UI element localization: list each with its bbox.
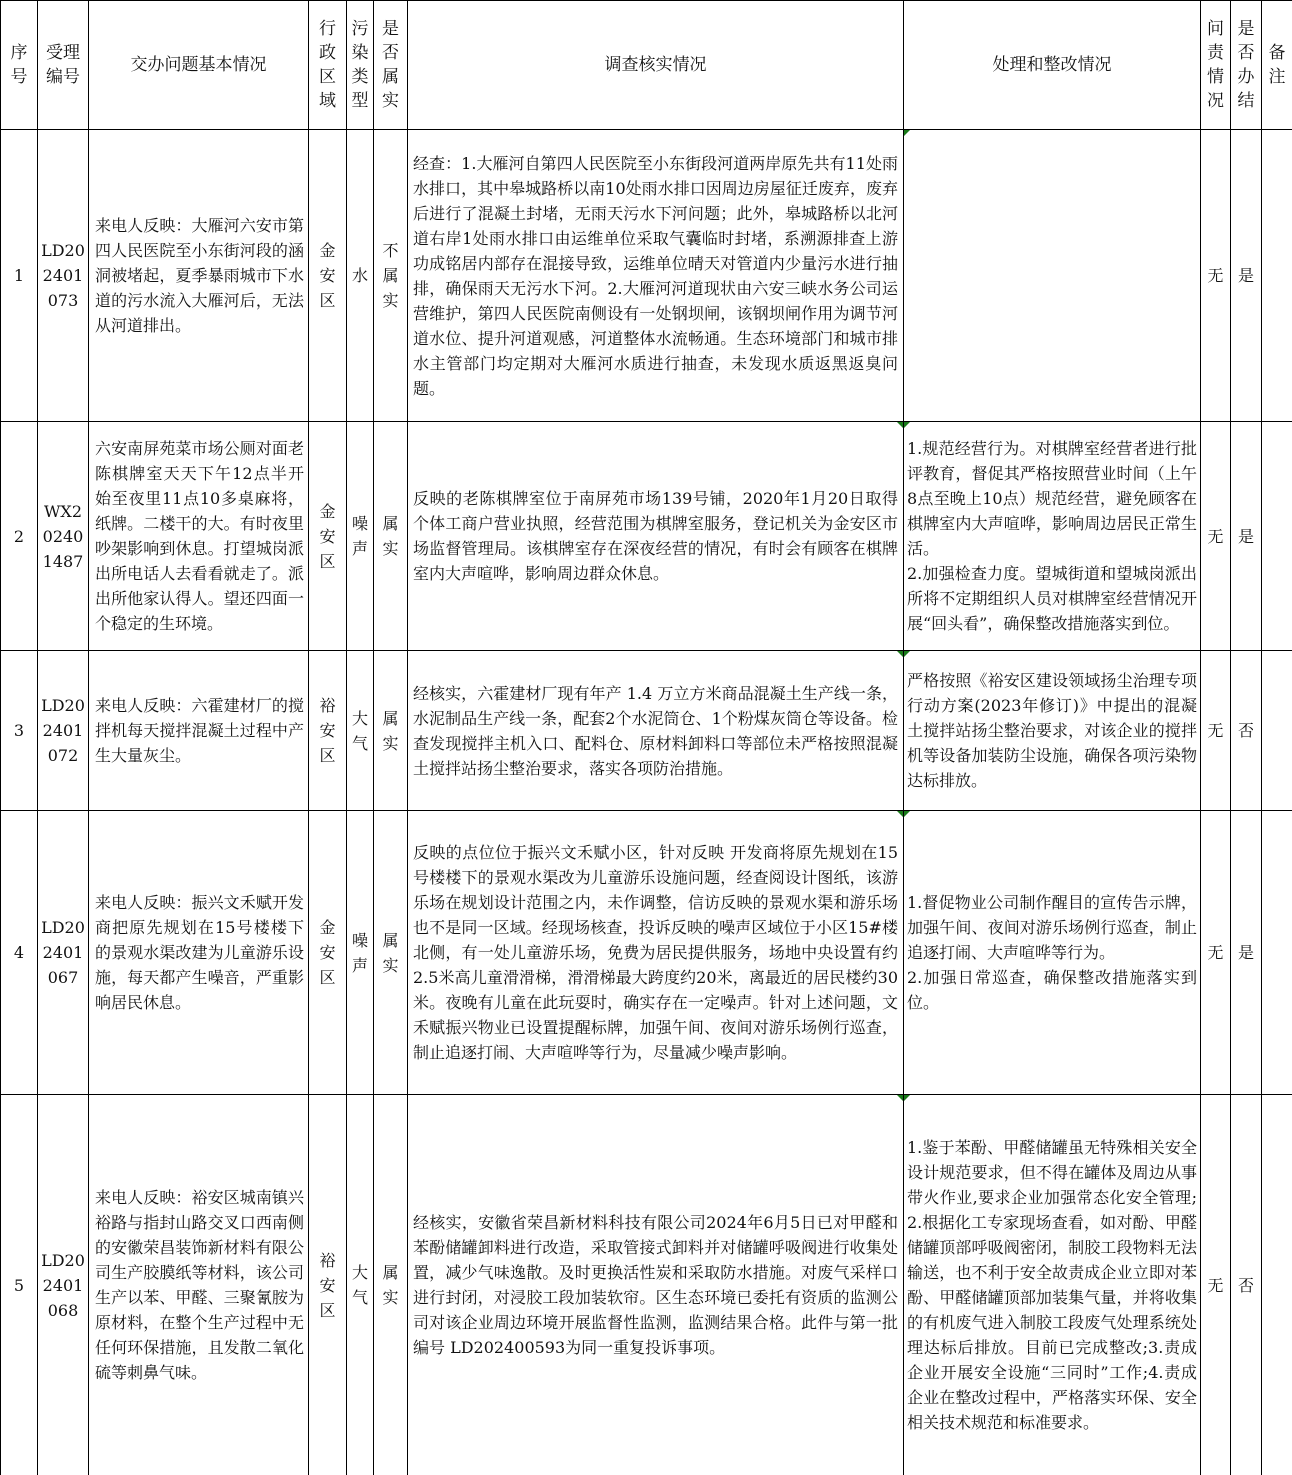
cell-acceptance-no: LD202401073 xyxy=(38,130,89,422)
cell-issue: 来电人反映：六霍建材厂的搅拌机每天搅拌混凝土过程中产生大量灰尘。 xyxy=(89,651,309,811)
cell-accountability: 无 xyxy=(1201,1095,1231,1475)
cell-is-closed: 是 xyxy=(1231,811,1262,1095)
cell-district: 裕安区 xyxy=(309,651,347,811)
cell-investigation: 经查：1.大雁河自第四人民医院至小东街段河道两岸原先共有11处雨水排口，其中皋城… xyxy=(408,130,904,422)
cell-issue: 来电人反映：大雁河六安市第四人民医院至小东街河段的涵洞被堵起，夏季暴雨城市下水道… xyxy=(89,130,309,422)
cell-handling: 1.鉴于苯酚、甲醛储罐虽无特殊相关安全设计规范要求，但不得在罐体及周边从事带火作… xyxy=(904,1095,1201,1475)
header-issue: 交办问题基本情况 xyxy=(89,1,309,130)
cell-is-closed: 否 xyxy=(1231,651,1262,811)
cell-is-true: 属实 xyxy=(374,651,408,811)
table-row: 2 WX202401487 六安南屏苑菜市场公厕对面老陈棋牌室天天下午12点半开… xyxy=(1,422,1292,651)
cell-issue: 六安南屏苑菜市场公厕对面老陈棋牌室天天下午12点半开始至夜里11点10多桌麻将，… xyxy=(89,422,309,651)
cell-remarks xyxy=(1262,1095,1292,1475)
table-row: 1 LD202401073 来电人反映：大雁河六安市第四人民医院至小东街河段的涵… xyxy=(1,130,1292,422)
table-row: 3 LD202401072 来电人反映：六霍建材厂的搅拌机每天搅拌混凝土过程中产… xyxy=(1,651,1292,811)
cell-seq: 5 xyxy=(1,1095,38,1475)
cell-is-closed: 是 xyxy=(1231,130,1262,422)
table-row: 5 LD202401068 来电人反映：裕安区城南镇兴裕路与指封山路交叉口西南侧… xyxy=(1,1095,1292,1475)
header-is-closed: 是否办结 xyxy=(1231,1,1262,130)
cell-district: 金安区 xyxy=(309,130,347,422)
cell-accountability: 无 xyxy=(1201,811,1231,1095)
cell-acceptance-no: LD202401067 xyxy=(38,811,89,1095)
header-pollution-type: 污染类型 xyxy=(347,1,374,130)
cell-is-true: 不属实 xyxy=(374,130,408,422)
cell-remarks xyxy=(1262,422,1292,651)
cell-accountability: 无 xyxy=(1201,130,1231,422)
cell-pollution-type: 水 xyxy=(347,130,374,422)
cell-remarks xyxy=(1262,811,1292,1095)
cell-seq: 3 xyxy=(1,651,38,811)
header-accountability: 问责情况 xyxy=(1201,1,1231,130)
cell-accountability: 无 xyxy=(1201,422,1231,651)
cell-pollution-type: 噪声 xyxy=(347,811,374,1095)
header-is-true: 是否属实 xyxy=(374,1,408,130)
header-acceptance-no: 受理编号 xyxy=(38,1,89,130)
cell-is-true: 属实 xyxy=(374,1095,408,1475)
cell-seq: 1 xyxy=(1,130,38,422)
cell-pollution-type: 大气 xyxy=(347,651,374,811)
cell-investigation: 经核实，安徽省荣昌新材料科技有限公司2024年6月5日已对甲醛和苯酚储罐卸料进行… xyxy=(408,1095,904,1475)
cell-handling: 1.督促物业公司制作醒目的宣传告示牌，加强午间、夜间对游乐场例行巡查，制止追逐打… xyxy=(904,811,1201,1095)
cell-remarks xyxy=(1262,130,1292,422)
header-remarks: 备注 xyxy=(1262,1,1292,130)
cell-investigation: 反映的老陈棋牌室位于南屏苑市场139号铺，2020年1月20日取得个体工商户营业… xyxy=(408,422,904,651)
complaint-handling-table: 序号 受理编号 交办问题基本情况 行政区域 污染类型 是否属实 调查核实情况 处… xyxy=(0,0,1292,1475)
cell-acceptance-no: WX202401487 xyxy=(38,422,89,651)
cell-issue: 来电人反映：振兴文禾赋开发商把原先规划在15号楼楼下的景观水渠改建为儿童游乐设施… xyxy=(89,811,309,1095)
cell-remarks xyxy=(1262,651,1292,811)
header-row: 序号 受理编号 交办问题基本情况 行政区域 污染类型 是否属实 调查核实情况 处… xyxy=(1,1,1292,130)
cell-handling: 1.规范经营行为。对棋牌室经营者进行批评教育，督促其严格按照营业时间（上午8点至… xyxy=(904,422,1201,651)
header-investigation: 调查核实情况 xyxy=(408,1,904,130)
cell-is-true: 属实 xyxy=(374,422,408,651)
cell-investigation: 经核实，六霍建材厂现有年产 1.4 万立方米商品混凝土生产线一条，水泥制品生产线… xyxy=(408,651,904,811)
cell-is-closed: 是 xyxy=(1231,422,1262,651)
cell-acceptance-no: LD202401068 xyxy=(38,1095,89,1475)
table-row: 4 LD202401067 来电人反映：振兴文禾赋开发商把原先规划在15号楼楼下… xyxy=(1,811,1292,1095)
cell-investigation: 反映的点位位于振兴文禾赋小区，针对反映 开发商将原先规划在15号楼楼下的景观水渠… xyxy=(408,811,904,1095)
cell-pollution-type: 噪声 xyxy=(347,422,374,651)
cell-district: 金安区 xyxy=(309,811,347,1095)
header-handling: 处理和整改情况 xyxy=(904,1,1201,130)
header-district: 行政区域 xyxy=(309,1,347,130)
cell-acceptance-no: LD202401072 xyxy=(38,651,89,811)
cell-issue: 来电人反映：裕安区城南镇兴裕路与指封山路交叉口西南侧的安徽荣昌装饰新材料有限公司… xyxy=(89,1095,309,1475)
cell-district: 裕安区 xyxy=(309,1095,347,1475)
cell-district: 金安区 xyxy=(309,422,347,651)
cell-is-true: 属实 xyxy=(374,811,408,1095)
cell-seq: 4 xyxy=(1,811,38,1095)
cell-is-closed: 否 xyxy=(1231,1095,1262,1475)
cell-handling: 严格按照《裕安区建设领域扬尘治理专项行动方案(2023年修订)》中提出的混凝土搅… xyxy=(904,651,1201,811)
cell-seq: 2 xyxy=(1,422,38,651)
header-seq: 序号 xyxy=(1,1,38,130)
cell-accountability: 无 xyxy=(1201,651,1231,811)
cell-pollution-type: 大气 xyxy=(347,1095,374,1475)
cell-handling xyxy=(904,130,1201,422)
